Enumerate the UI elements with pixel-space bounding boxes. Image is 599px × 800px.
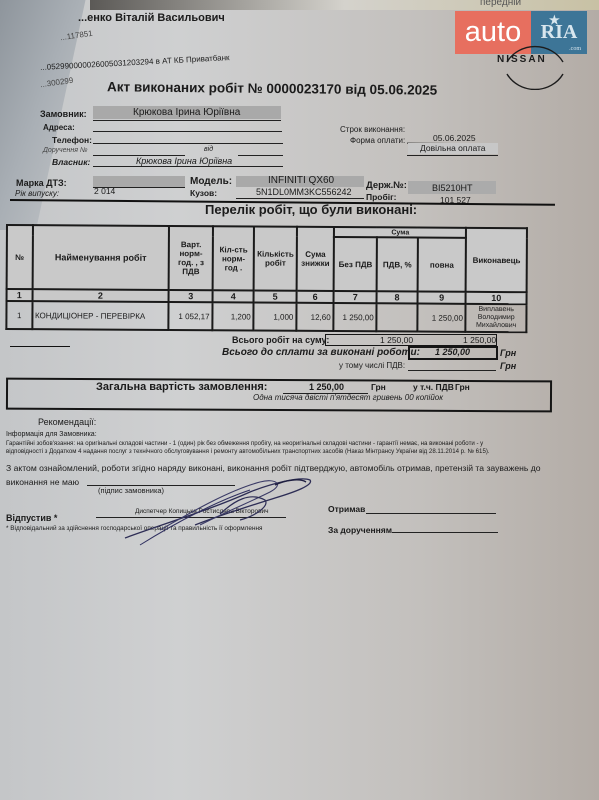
col-header-qty: Кількість робіт	[254, 227, 297, 291]
handwritten-signature-icon	[100, 470, 330, 550]
payment-underline	[407, 155, 498, 156]
to-pay-value: 1 250,00	[435, 347, 470, 357]
poa-label: Доручення №	[43, 147, 87, 154]
nissan-brand-text: NISSAN	[497, 54, 547, 65]
vat-incl-underline	[408, 370, 496, 371]
order-total-value: 1 250,00	[309, 382, 344, 392]
order-total-vat-label: у т.ч. ПДВ	[413, 382, 454, 392]
phone-underline	[93, 143, 283, 144]
col-header-name: Найменування робіт	[32, 225, 169, 290]
customer-value: Крюкова Ірина Юріївна	[133, 107, 240, 118]
mileage-label: Пробіг:	[366, 192, 396, 202]
payment-value: Довільна оплата	[420, 143, 486, 153]
owner-underline	[93, 166, 283, 167]
col-number: 6	[296, 291, 333, 303]
table-row: 1 КОНДИЦІОНЕР - ПЕРЕВІРКА 1 052,17 1,200…	[6, 301, 526, 332]
table-header-row: № Найменування робіт Варт. норм-год. , з…	[7, 225, 527, 238]
address-underline	[93, 131, 282, 132]
cell-qty: 1,000	[254, 303, 297, 331]
cell-hours: 1,200	[212, 302, 253, 330]
plate-value: BI5210HT	[432, 183, 473, 193]
body-value: 5N1DL0MM3KC556242	[256, 187, 352, 197]
cell-executor: Виплавень Володимир Михайлович	[466, 304, 527, 332]
total-no-vat: 1 250,00	[380, 335, 413, 345]
cell-discount: 12,60	[296, 303, 333, 331]
works-table: № Найменування робіт Варт. норм-год. , з…	[5, 224, 528, 333]
col-number: 1	[7, 289, 33, 301]
info-label: Інформація для Замовника:	[6, 431, 97, 438]
col-number: 10	[466, 292, 527, 304]
released-label: Відпустив *	[6, 513, 57, 523]
company-code: ...117851	[60, 29, 94, 42]
model-label: Модель:	[190, 176, 232, 187]
by-poa-signature-line[interactable]	[392, 532, 498, 533]
cell-name: КОНДИЦІОНЕР - ПЕРЕВІРКА	[32, 301, 169, 330]
col-number: 8	[377, 291, 418, 303]
col-header-no: №	[7, 225, 33, 289]
cell-price: 1 052,17	[169, 302, 213, 330]
owner-label: Власник:	[52, 157, 90, 167]
total-full: 1 250,00	[463, 335, 496, 345]
owner-value: Крюкова Ірина Юріївна	[136, 156, 232, 166]
poa-from-label: від	[204, 146, 213, 153]
address-label: Адреса:	[43, 123, 75, 132]
total-label: Всього робіт на суму:	[232, 335, 329, 345]
recommendations-label: Рекомендації:	[38, 417, 96, 427]
term-label: Строк виконання:	[340, 125, 405, 134]
document-title: Акт виконаних робіт № 0000023170 від 05.…	[107, 79, 437, 97]
received-label: Отримав	[328, 504, 365, 514]
model-value: INFINITI QX60	[268, 175, 334, 186]
col-number: 5	[254, 291, 297, 303]
col-header-full: повна	[417, 238, 466, 292]
star-icon: ★	[549, 13, 560, 28]
col-number: 2	[32, 289, 169, 302]
col-number: 9	[417, 292, 466, 304]
bank-code: ...300299	[40, 76, 74, 90]
cell-no: 1	[6, 301, 32, 329]
make-label: Марка ДТЗ:	[16, 178, 67, 188]
col-header-discount: Сума знижки	[297, 227, 335, 291]
order-total-vat-currency: Грн	[455, 382, 470, 392]
cell-no-vat: 1 250,00	[334, 303, 377, 331]
amount-in-words: Одна тисяча двісті п'ятдесят гривень 00 …	[253, 393, 443, 402]
to-pay-label: Всього до сплати за виконані роботи:	[222, 347, 420, 358]
warranty-line-2: відповідності з Додатком 4 надання послу…	[6, 448, 490, 455]
works-title: Перелік робіт, що були виконані:	[205, 202, 417, 217]
col-header-vat: ПДВ, %	[377, 238, 418, 292]
payment-label: Форма оплати:	[350, 136, 405, 145]
bank-account: ...052990000026005031203294 в АТ КБ Прив…	[40, 53, 230, 72]
to-pay-currency: Грн	[500, 348, 516, 358]
vat-incl-currency: Грн	[500, 361, 516, 371]
col-header-executor: Виконавець	[466, 228, 527, 292]
customer-underline	[93, 120, 281, 121]
poa-date-underline	[238, 155, 283, 156]
cell-full: 1 250,00	[417, 304, 466, 332]
order-total-currency: Грн	[371, 382, 386, 392]
vat-incl-label: у тому числі ПДВ:	[339, 361, 405, 370]
by-poa-label: За дорученням	[328, 525, 392, 535]
col-header-price: Варт. норм-год. , з ПДВ	[169, 226, 213, 290]
term-value: 05.06.2025	[433, 133, 476, 143]
col-number: 4	[213, 290, 254, 302]
phone-label: Телефон:	[52, 135, 92, 145]
plate-label: Держ.№:	[366, 180, 407, 191]
nissan-logo-icon	[495, 40, 575, 90]
acknowledgement-line-2: виконання не маю	[6, 477, 79, 487]
cell-vat	[377, 303, 418, 331]
year-value: 2 014	[94, 186, 115, 196]
warranty-line-1: Гарантійні зобов'язання: на оригінальні …	[6, 440, 483, 447]
col-header-hours: Кіл-сть норм-год .	[213, 226, 255, 290]
body-label: Кузов:	[190, 188, 217, 198]
customer-label: Замовник:	[40, 109, 87, 119]
body-underline	[236, 198, 364, 199]
company-name: ...енко Віталій Васильович	[78, 12, 225, 24]
year-label: Рік випуску:	[15, 189, 59, 198]
col-header-no-vat: Без ПДВ	[334, 237, 377, 291]
received-signature-line[interactable]	[366, 513, 496, 514]
col-number: 3	[169, 290, 213, 302]
order-total-label: Загальна вартість замовлення:	[96, 381, 267, 393]
col-number: 7	[334, 291, 377, 303]
total-left-line	[10, 346, 70, 347]
document: ...енко Віталій Васильович ...117851 ...…	[0, 0, 599, 800]
